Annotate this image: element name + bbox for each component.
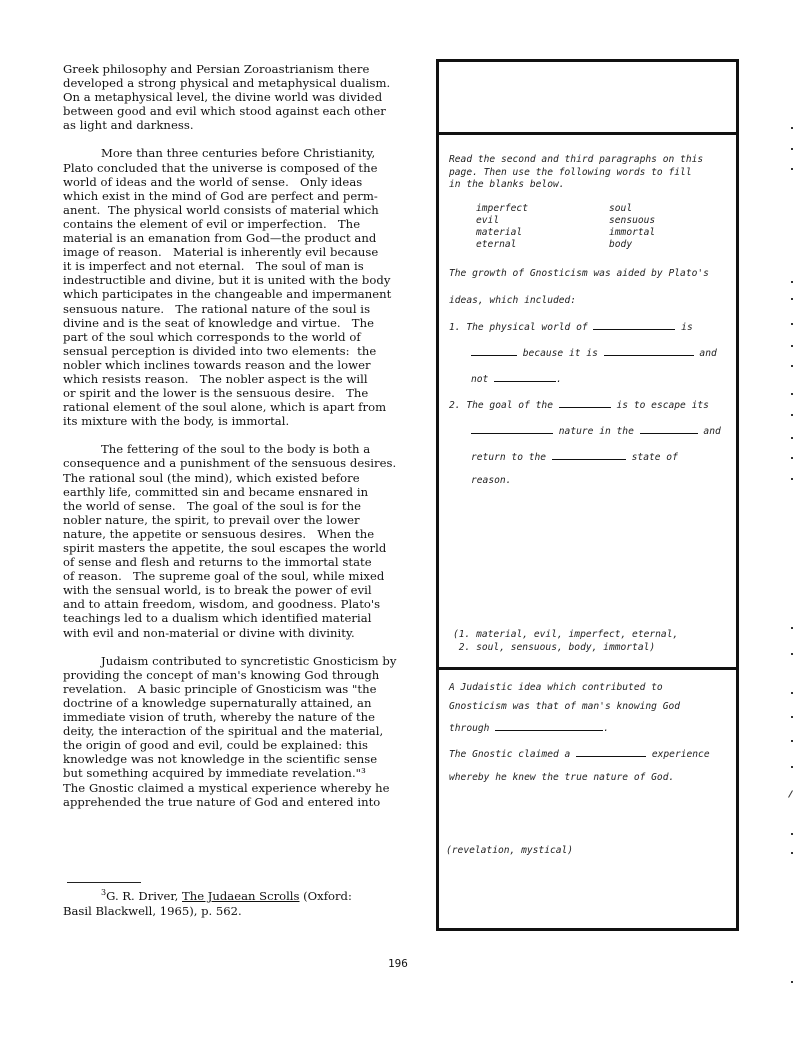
text-line: immediate vision of truth, whereby the n… — [63, 710, 443, 724]
text-line: which participates in the changeable and… — [63, 287, 443, 301]
page-number: 196 — [388, 957, 408, 970]
text-line: anent. The physical world consists of ma… — [63, 203, 443, 217]
text-line: The Gnostic claimed a mystical experienc… — [63, 781, 443, 795]
text-line: part of the soul which corresponds to th… — [63, 330, 443, 344]
text-line: Plato concluded that the universe is com… — [63, 161, 443, 175]
text-line: consequence and a punishment of the sens… — [63, 456, 443, 470]
text-line: deity, the interaction of the spiritual … — [63, 724, 443, 738]
fill-blank[interactable] — [552, 450, 626, 460]
text-line: spirit masters the appetite, the soul es… — [63, 541, 443, 555]
footnote-publisher: (Oxford: — [299, 889, 351, 903]
text-line: of sense and flesh and returns to the im… — [63, 555, 443, 569]
text-line: but something acquired by immediate reve… — [63, 766, 443, 780]
text-line: More than three centuries before Christi… — [63, 146, 443, 160]
fill-blank[interactable] — [640, 424, 698, 434]
question-2-line-3: return to the state of — [471, 450, 678, 464]
fill-blank[interactable] — [576, 747, 646, 757]
body-paragraph: More than three centuries before Christi… — [63, 146, 443, 428]
text-line: or spirit and the lower is the sensuous … — [63, 386, 443, 400]
exercise-judaism-section: A Judaistic idea which contributed to Gn… — [439, 670, 736, 928]
word-bank-item: immortal — [609, 227, 655, 239]
text-line: of reason. The supreme goal of the soul,… — [63, 569, 443, 583]
word-bank-item: evil — [476, 215, 499, 227]
question-2-line-2: nature in the and — [471, 424, 721, 438]
word-bank-item: imperfect — [476, 203, 528, 215]
text-line: knowledge was not knowledge in the scien… — [63, 752, 443, 766]
text-line: developed a strong physical and metaphys… — [63, 76, 443, 90]
text-line: apprehended the true nature of God and e… — [63, 795, 443, 809]
fill-blank[interactable] — [494, 372, 556, 382]
word-bank-item: body — [609, 239, 632, 251]
study-guide-box: Read the second and third paragraphs on … — [436, 59, 739, 931]
exercise-intro-line-1: The growth of Gnosticism was aided by Pl… — [449, 268, 709, 280]
exercise-2-answers: (revelation, mystical) — [446, 845, 573, 858]
text-line: its mixture with the body, is immortal. — [63, 414, 443, 428]
fill-blank[interactable] — [559, 398, 611, 408]
word-bank-item: material — [476, 227, 522, 239]
footnote-author: G. R. Driver, — [106, 889, 182, 903]
fill-blank[interactable] — [593, 320, 675, 330]
fill-blank[interactable] — [604, 346, 694, 356]
text-line: The fettering of the soul to the body is… — [63, 442, 443, 456]
fill-blank[interactable] — [471, 424, 553, 434]
footnote-rule — [67, 882, 141, 883]
text-line: doctrine of a knowledge supernaturally a… — [63, 696, 443, 710]
text-line: nobler nature, the spirit, to prevail ov… — [63, 513, 443, 527]
text-line: sensuous nature. The rational nature of … — [63, 302, 443, 316]
exercise-2-line-3: through . — [449, 721, 609, 735]
text-line: with the sensual world, is to break the … — [63, 583, 443, 597]
question-2-line-1: 2. The goal of the is to escape its — [449, 398, 709, 412]
text-line: material is an emanation from God—the pr… — [63, 231, 443, 245]
text-line: sensual perception is divided into two e… — [63, 344, 443, 358]
exercise-2-line-4: The Gnostic claimed a experience — [449, 747, 710, 761]
footnote-title: The Judaean Scrolls — [182, 889, 299, 903]
text-line: which resists reason. The nobler aspect … — [63, 372, 443, 386]
footnote: 3G. R. Driver, The Judaean Scrolls (Oxfo… — [63, 886, 443, 918]
body-paragraph: Greek philosophy and Persian Zoroastrian… — [63, 62, 443, 132]
exercise-intro-line-2: ideas, which included: — [449, 295, 576, 307]
text-line: it is imperfect and not eternal. The sou… — [63, 259, 443, 273]
text-line: nobler which inclines towards reason and… — [63, 358, 443, 372]
text-line: Judaism contributed to syncretistic Gnos… — [63, 654, 443, 668]
text-line: the world of sense. The goal of the soul… — [63, 499, 443, 513]
text-line: between good and evil which stood agains… — [63, 104, 443, 118]
body-paragraph: Judaism contributed to syncretistic Gnos… — [63, 654, 443, 809]
text-line: rational element of the soul alone, whic… — [63, 400, 443, 414]
text-line: contains the element of evil or imperfec… — [63, 217, 443, 231]
exercise-2-line-1: A Judaistic idea which contributed to — [449, 682, 663, 694]
study-guide-empty-section — [439, 62, 736, 135]
text-line: with evil and non-material or divine wit… — [63, 626, 443, 640]
text-line: nature, the appetite or sensuous desires… — [63, 527, 443, 541]
main-text-column: Greek philosophy and Persian Zoroastrian… — [63, 62, 443, 823]
text-line: image of reason. Material is inherently … — [63, 245, 443, 259]
question-1-line-1: 1. The physical world of is — [449, 320, 693, 334]
word-bank-item: soul — [609, 203, 632, 215]
question-1-line-3: not . — [471, 372, 562, 386]
text-line: and to attain freedom, wisdom, and goodn… — [63, 597, 443, 611]
body-paragraph: The fettering of the soul to the body is… — [63, 442, 443, 639]
fill-blank[interactable] — [495, 721, 603, 731]
text-line: The rational soul (the mind), which exis… — [63, 471, 443, 485]
exercise-2-line-2: Gnosticism was that of man's knowing God — [449, 701, 680, 713]
exercise-2-line-5: whereby he knew the true nature of God. — [449, 772, 674, 784]
word-bank-item: eternal — [476, 239, 516, 251]
word-bank-item: sensuous — [609, 215, 655, 227]
text-line: indestructible and divine, but it is uni… — [63, 273, 443, 287]
text-line: revelation. A basic principle of Gnostic… — [63, 682, 443, 696]
text-line: earthly life, committed sin and became e… — [63, 485, 443, 499]
exercise-plato-section: Read the second and third paragraphs on … — [439, 135, 736, 670]
text-line: On a metaphysical level, the divine worl… — [63, 90, 443, 104]
text-line: world of ideas and the world of sense. O… — [63, 175, 443, 189]
footnote-line-2: Basil Blackwell, 1965), p. 562. — [63, 904, 443, 919]
text-line: providing the concept of man's knowing G… — [63, 668, 443, 682]
scan-margin-specks — [785, 0, 799, 1048]
text-line: as light and darkness. — [63, 118, 443, 132]
text-line: the origin of good and evil, could be ex… — [63, 738, 443, 752]
text-line: divine and is the seat of knowledge and … — [63, 316, 443, 330]
text-line: Greek philosophy and Persian Zoroastrian… — [63, 62, 443, 76]
exercise-instructions: Read the second and third paragraphs on … — [449, 154, 703, 192]
text-line: which exist in the mind of God are perfe… — [63, 189, 443, 203]
exercise-answers: (1. material, evil, imperfect, eternal, … — [453, 629, 678, 654]
fill-blank[interactable] — [471, 346, 517, 356]
question-2-line-4: reason. — [471, 475, 511, 487]
question-1-line-2: because it is and — [471, 346, 717, 360]
text-line: teachings led to a dualism which identif… — [63, 611, 443, 625]
